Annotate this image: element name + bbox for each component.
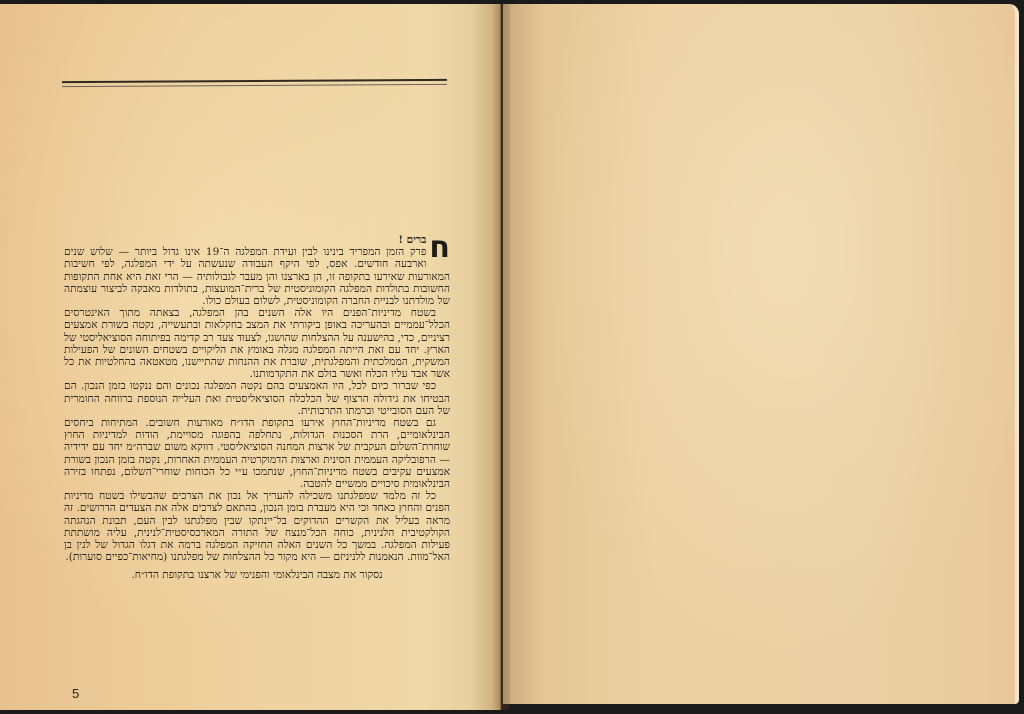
paragraph-2: בשטח מדיניות־הפנים היו אלה השנים בהן המפ… — [64, 307, 450, 380]
paragraph-4: גם בשטח מדיניות־החוץ אירעו בתקופת הדו״ח … — [64, 417, 450, 490]
right-page-blank — [503, 4, 1019, 704]
left-page: חברים ! פרק הזמן המפריד בינינו לבין ועיד… — [0, 4, 501, 710]
drop-cap: ח — [429, 236, 450, 260]
paragraph-1: פרק הזמן המפריד בינינו לבין ועידת המפלגה… — [64, 246, 450, 307]
closing-line: נסקור את מצבה הבינלאומי והפנימי של ארצנו… — [64, 569, 450, 581]
header-double-rule — [62, 79, 447, 87]
greeting-line: חברים ! — [64, 234, 450, 246]
body-text: חברים ! פרק הזמן המפריד בינינו לבין ועיד… — [64, 234, 450, 582]
book-spread: חברים ! פרק הזמן המפריד בינינו לבין ועיד… — [0, 4, 1024, 710]
page-number: 5 — [72, 686, 79, 701]
greeting: ברים ! — [398, 234, 426, 246]
paragraph-3: כפי שברור כיום לכל, היו האמצעים בהם נקטה… — [64, 380, 450, 417]
paragraph-5: כל זה מלמד שמפלגתנו משכילה להעריך אל נכו… — [64, 490, 450, 563]
